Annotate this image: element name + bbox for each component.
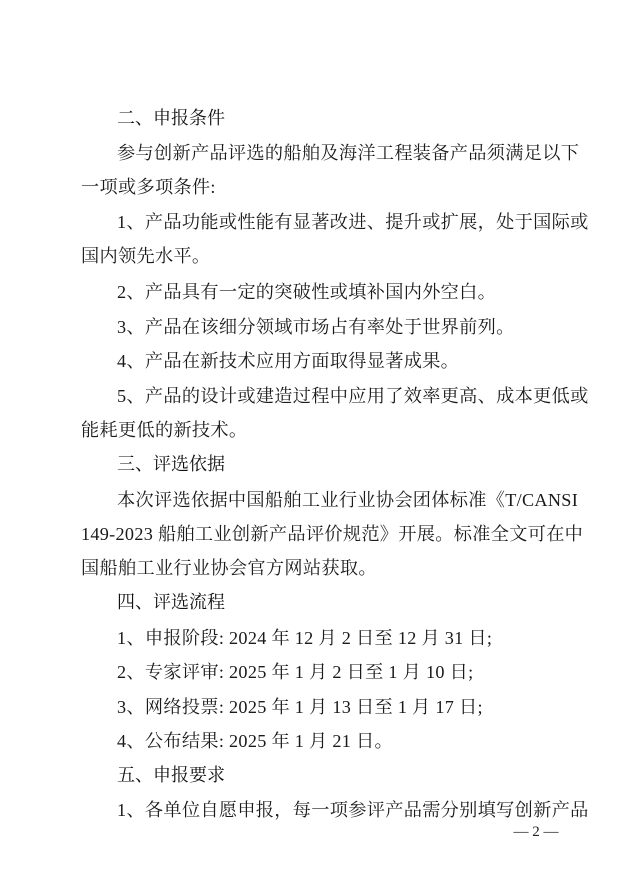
document-page: 二、申报条件 参与创新产品评选的船舶及海洋工程装备产品须满足以下 一项或多项条件… (0, 0, 637, 895)
requirement-item-1: 1、各单位自愿申报，每一项参评产品需分别填写创新产品 (117, 793, 561, 827)
condition-item-2: 2、产品具有一定的突破性或填补国内外空白。 (117, 275, 561, 309)
section-heading-evaluation-process: 四、评选流程 (117, 586, 561, 620)
process-step-application: 1、申报阶段: 2024 年 12 月 2 日至 12 月 31 日; (117, 621, 561, 655)
condition-item-5: 5、产品的设计或建造过程中应用了效率更高、成本更低或 (117, 379, 561, 413)
section-heading-application-conditions: 二、申报条件 (117, 102, 561, 136)
basis-paragraph-line: 国船舶工业行业协会官方网站获取。 (81, 551, 561, 585)
page-number: — 2 — (510, 820, 562, 844)
section-heading-application-requirements: 五、申报要求 (117, 759, 561, 793)
basis-paragraph-line: 149-2023 船舶工业创新产品评价规范》开展。标准全文可在中 (81, 517, 561, 551)
process-step-expert-review: 2、专家评审: 2025 年 1 月 2 日至 1 月 10 日; (117, 655, 561, 689)
section-heading-evaluation-basis: 三、评选依据 (117, 448, 561, 482)
condition-item-4: 4、产品在新技术应用方面取得显著成果。 (117, 344, 561, 378)
condition-item-5-cont: 能耗更低的新技术。 (81, 413, 561, 447)
paragraph-line: 参与创新产品评选的船舶及海洋工程装备产品须满足以下 (117, 136, 561, 170)
condition-item-1: 1、产品功能或性能有显著改进、提升或扩展，处于国际或 (117, 205, 561, 239)
condition-item-3: 3、产品在该细分领域市场占有率处于世界前列。 (117, 310, 561, 344)
process-step-online-voting: 3、网络投票: 2025 年 1 月 13 日至 1 月 17 日; (117, 690, 561, 724)
process-step-announce-results: 4、公布结果: 2025 年 1 月 21 日。 (117, 724, 561, 758)
basis-paragraph-line: 本次评选依据中国船舶工业行业协会团体标准《T/CANSI (117, 483, 561, 517)
paragraph-line: 一项或多项条件: (81, 170, 561, 204)
condition-item-1-cont: 国内领先水平。 (81, 239, 561, 273)
